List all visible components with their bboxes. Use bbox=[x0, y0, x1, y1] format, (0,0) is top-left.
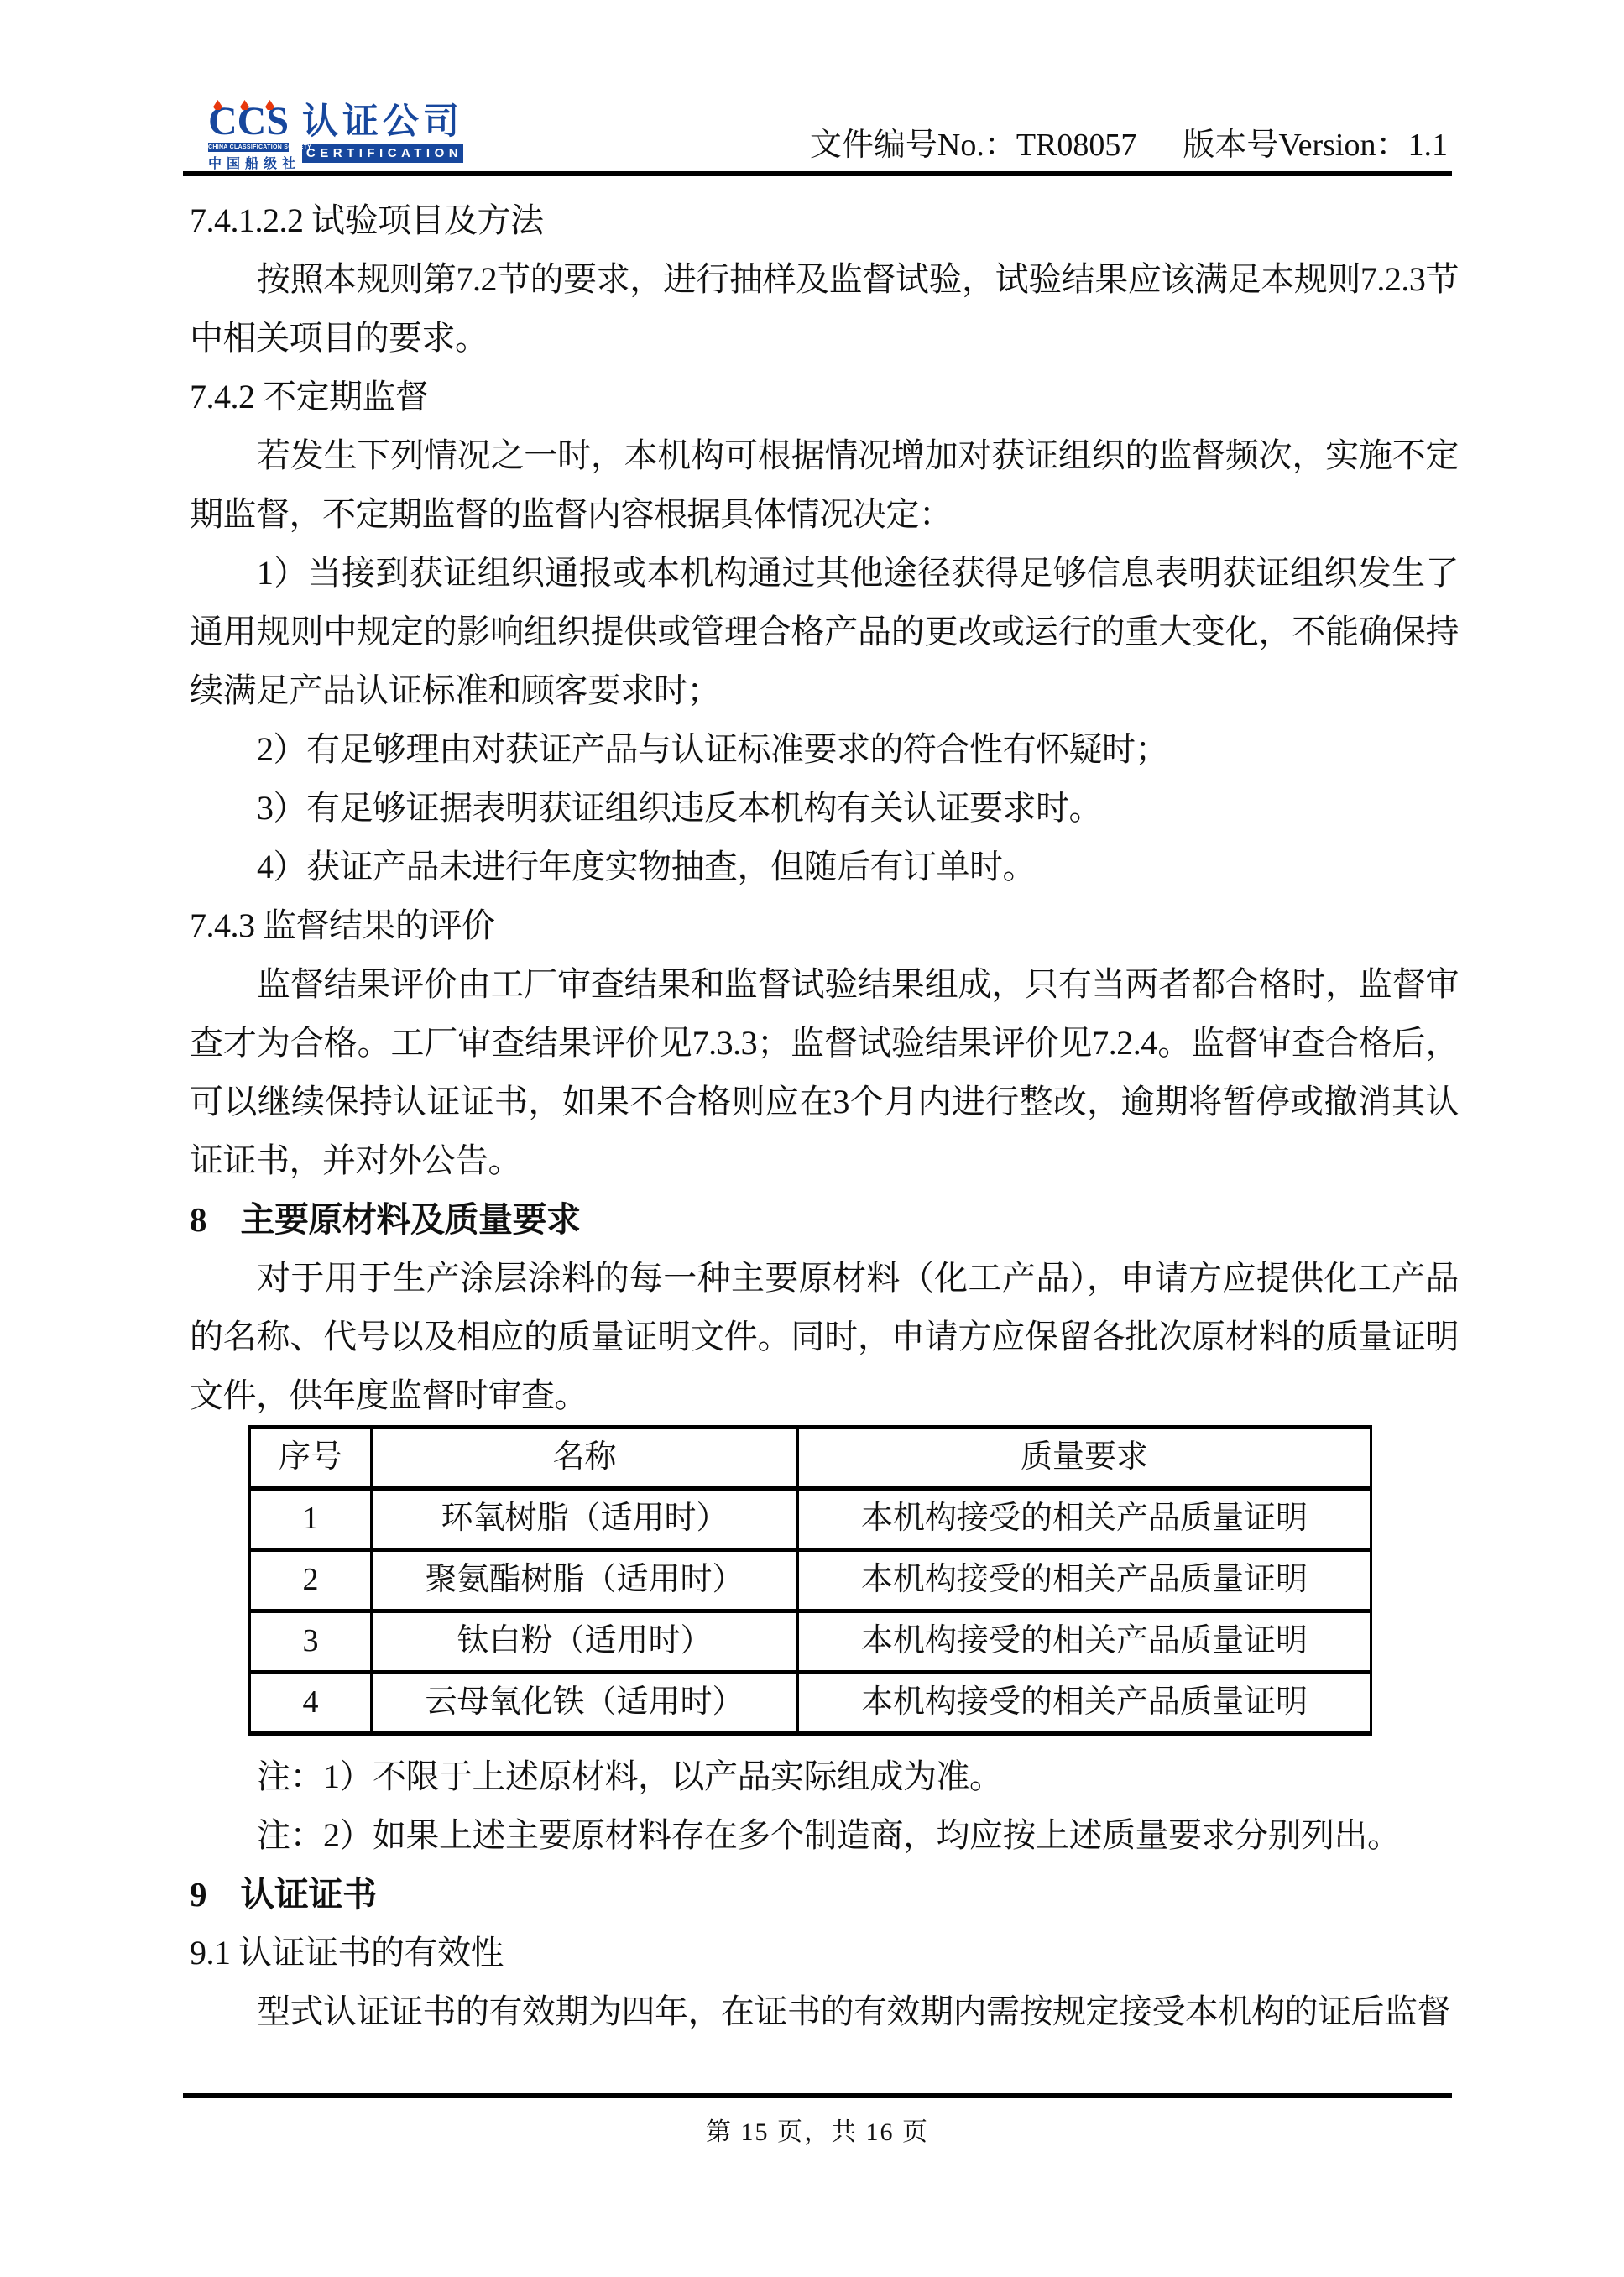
logo-certification-bar: CERTIFICATION bbox=[302, 144, 463, 163]
cell-requirement: 本机构接受的相关产品质量证明 bbox=[798, 1550, 1371, 1611]
paragraph: 监督结果评价由工厂审查结果和监督试验结果组成，只有当两者都合格时，监督审查才为合… bbox=[190, 955, 1459, 1190]
logo-society-cn: 中 国 船 级 社 bbox=[208, 153, 289, 172]
cell-name: 云母氧化铁（适用时） bbox=[372, 1673, 798, 1734]
table-note-2: 注：2）如果上述主要原材料存在多个制造商，均应按上述质量要求分别列出。 bbox=[190, 1806, 1459, 1865]
cell-name: 钛白粉（适用时） bbox=[372, 1611, 798, 1673]
col-header-requirement: 质量要求 bbox=[798, 1428, 1371, 1489]
page-number: 第 15 页，共 16 页 bbox=[183, 2111, 1452, 2148]
paragraph: 型式认证证书的有效期为四年，在证书的有效期内需按规定接受本机构的证后监督 bbox=[190, 1982, 1459, 2041]
ccs-logo-right: 认证公司 CERTIFICATION bbox=[302, 102, 463, 163]
logo-society-en: CHINA CLASSIFICATION SOCIETY bbox=[208, 143, 289, 152]
cell-index: 4 bbox=[250, 1673, 372, 1734]
table-note-1: 注：1）不限于上述原材料，以产品实际组成为准。 bbox=[190, 1747, 1459, 1806]
cell-requirement: 本机构接受的相关产品质量证明 bbox=[798, 1673, 1371, 1734]
list-item-2: 2）有足够理由对获证产品与认证标准要求的符合性有怀疑时； bbox=[190, 720, 1459, 779]
doc-number: 文件编号No.：TR08057 bbox=[810, 126, 1137, 165]
table-row: 4 云母氧化铁（适用时） 本机构接受的相关产品质量证明 bbox=[250, 1673, 1371, 1734]
section-heading-74122: 7.4.1.2.2 试验项目及方法 bbox=[190, 191, 1459, 250]
table-row: 1 环氧树脂（适用时） 本机构接受的相关产品质量证明 bbox=[250, 1489, 1371, 1550]
section-heading-743: 7.4.3 监督结果的评价 bbox=[190, 896, 1459, 955]
table-header-row: 序号 名称 质量要求 bbox=[250, 1428, 1371, 1489]
paragraph: 按照本规则第7.2节的要求，进行抽样及监督试验，试验结果应该满足本规则7.2.3… bbox=[190, 250, 1459, 368]
list-item-1: 1）当接到获证组织通报或本机构通过其他途径获得足够信息表明获证组织发生了通用规则… bbox=[190, 544, 1459, 720]
list-item-3: 3）有足够证据表明获证组织违反本机构有关认证要求时。 bbox=[190, 779, 1459, 838]
table-row: 3 钛白粉（适用时） 本机构接受的相关产品质量证明 bbox=[250, 1611, 1371, 1673]
paragraph: 对于用于生产涂层涂料的每一种主要原材料（化工产品），申请方应提供化工产品的名称、… bbox=[190, 1249, 1459, 1425]
cell-index: 3 bbox=[250, 1611, 372, 1673]
paragraph: 若发生下列情况之一时，本机构可根据情况增加对获证组织的监督频次，实施不定期监督，… bbox=[190, 426, 1459, 544]
ccs-logo-left: CCS CHINA CLASSIFICATION SOCIETY 中 国 船 级… bbox=[208, 102, 289, 172]
document-body: 7.4.1.2.2 试验项目及方法 按照本规则第7.2节的要求，进行抽样及监督试… bbox=[190, 191, 1459, 2041]
section-heading-8: 8 主要原材料及质量要求 bbox=[190, 1190, 1459, 1249]
section-heading-742: 7.4.2 不定期监督 bbox=[190, 368, 1459, 426]
cell-requirement: 本机构接受的相关产品质量证明 bbox=[798, 1489, 1371, 1550]
cell-requirement: 本机构接受的相关产品质量证明 bbox=[798, 1611, 1371, 1673]
document-header-info: 文件编号No.：TR08057 版本号Version：1.1 bbox=[810, 126, 1448, 165]
logo-company-name: 认证公司 bbox=[302, 102, 463, 142]
cell-name: 聚氨酯树脂（适用时） bbox=[372, 1550, 798, 1611]
col-header-name: 名称 bbox=[372, 1428, 798, 1489]
section-heading-91: 9.1 认证证书的有效性 bbox=[190, 1924, 1459, 1982]
cell-index: 1 bbox=[250, 1489, 372, 1550]
cell-index: 2 bbox=[250, 1550, 372, 1611]
table-row: 2 聚氨酯树脂（适用时） 本机构接受的相关产品质量证明 bbox=[250, 1550, 1371, 1611]
col-header-index: 序号 bbox=[250, 1428, 372, 1489]
section-heading-9: 9 认证证书 bbox=[190, 1865, 1459, 1924]
footer-divider bbox=[183, 2093, 1452, 2098]
doc-version: 版本号Version：1.1 bbox=[1183, 126, 1448, 165]
list-item-4: 4）获证产品未进行年度实物抽查，但随后有订单时。 bbox=[190, 838, 1459, 896]
raw-materials-table: 序号 名称 质量要求 1 环氧树脂（适用时） 本机构接受的相关产品质量证明 2 … bbox=[248, 1425, 1372, 1736]
header-divider bbox=[183, 171, 1452, 176]
ccs-logo: CCS CHINA CLASSIFICATION SOCIETY 中 国 船 级… bbox=[208, 102, 463, 172]
document-page: CCS CHINA CLASSIFICATION SOCIETY 中 国 船 级… bbox=[0, 0, 1624, 2277]
cell-name: 环氧树脂（适用时） bbox=[372, 1489, 798, 1550]
